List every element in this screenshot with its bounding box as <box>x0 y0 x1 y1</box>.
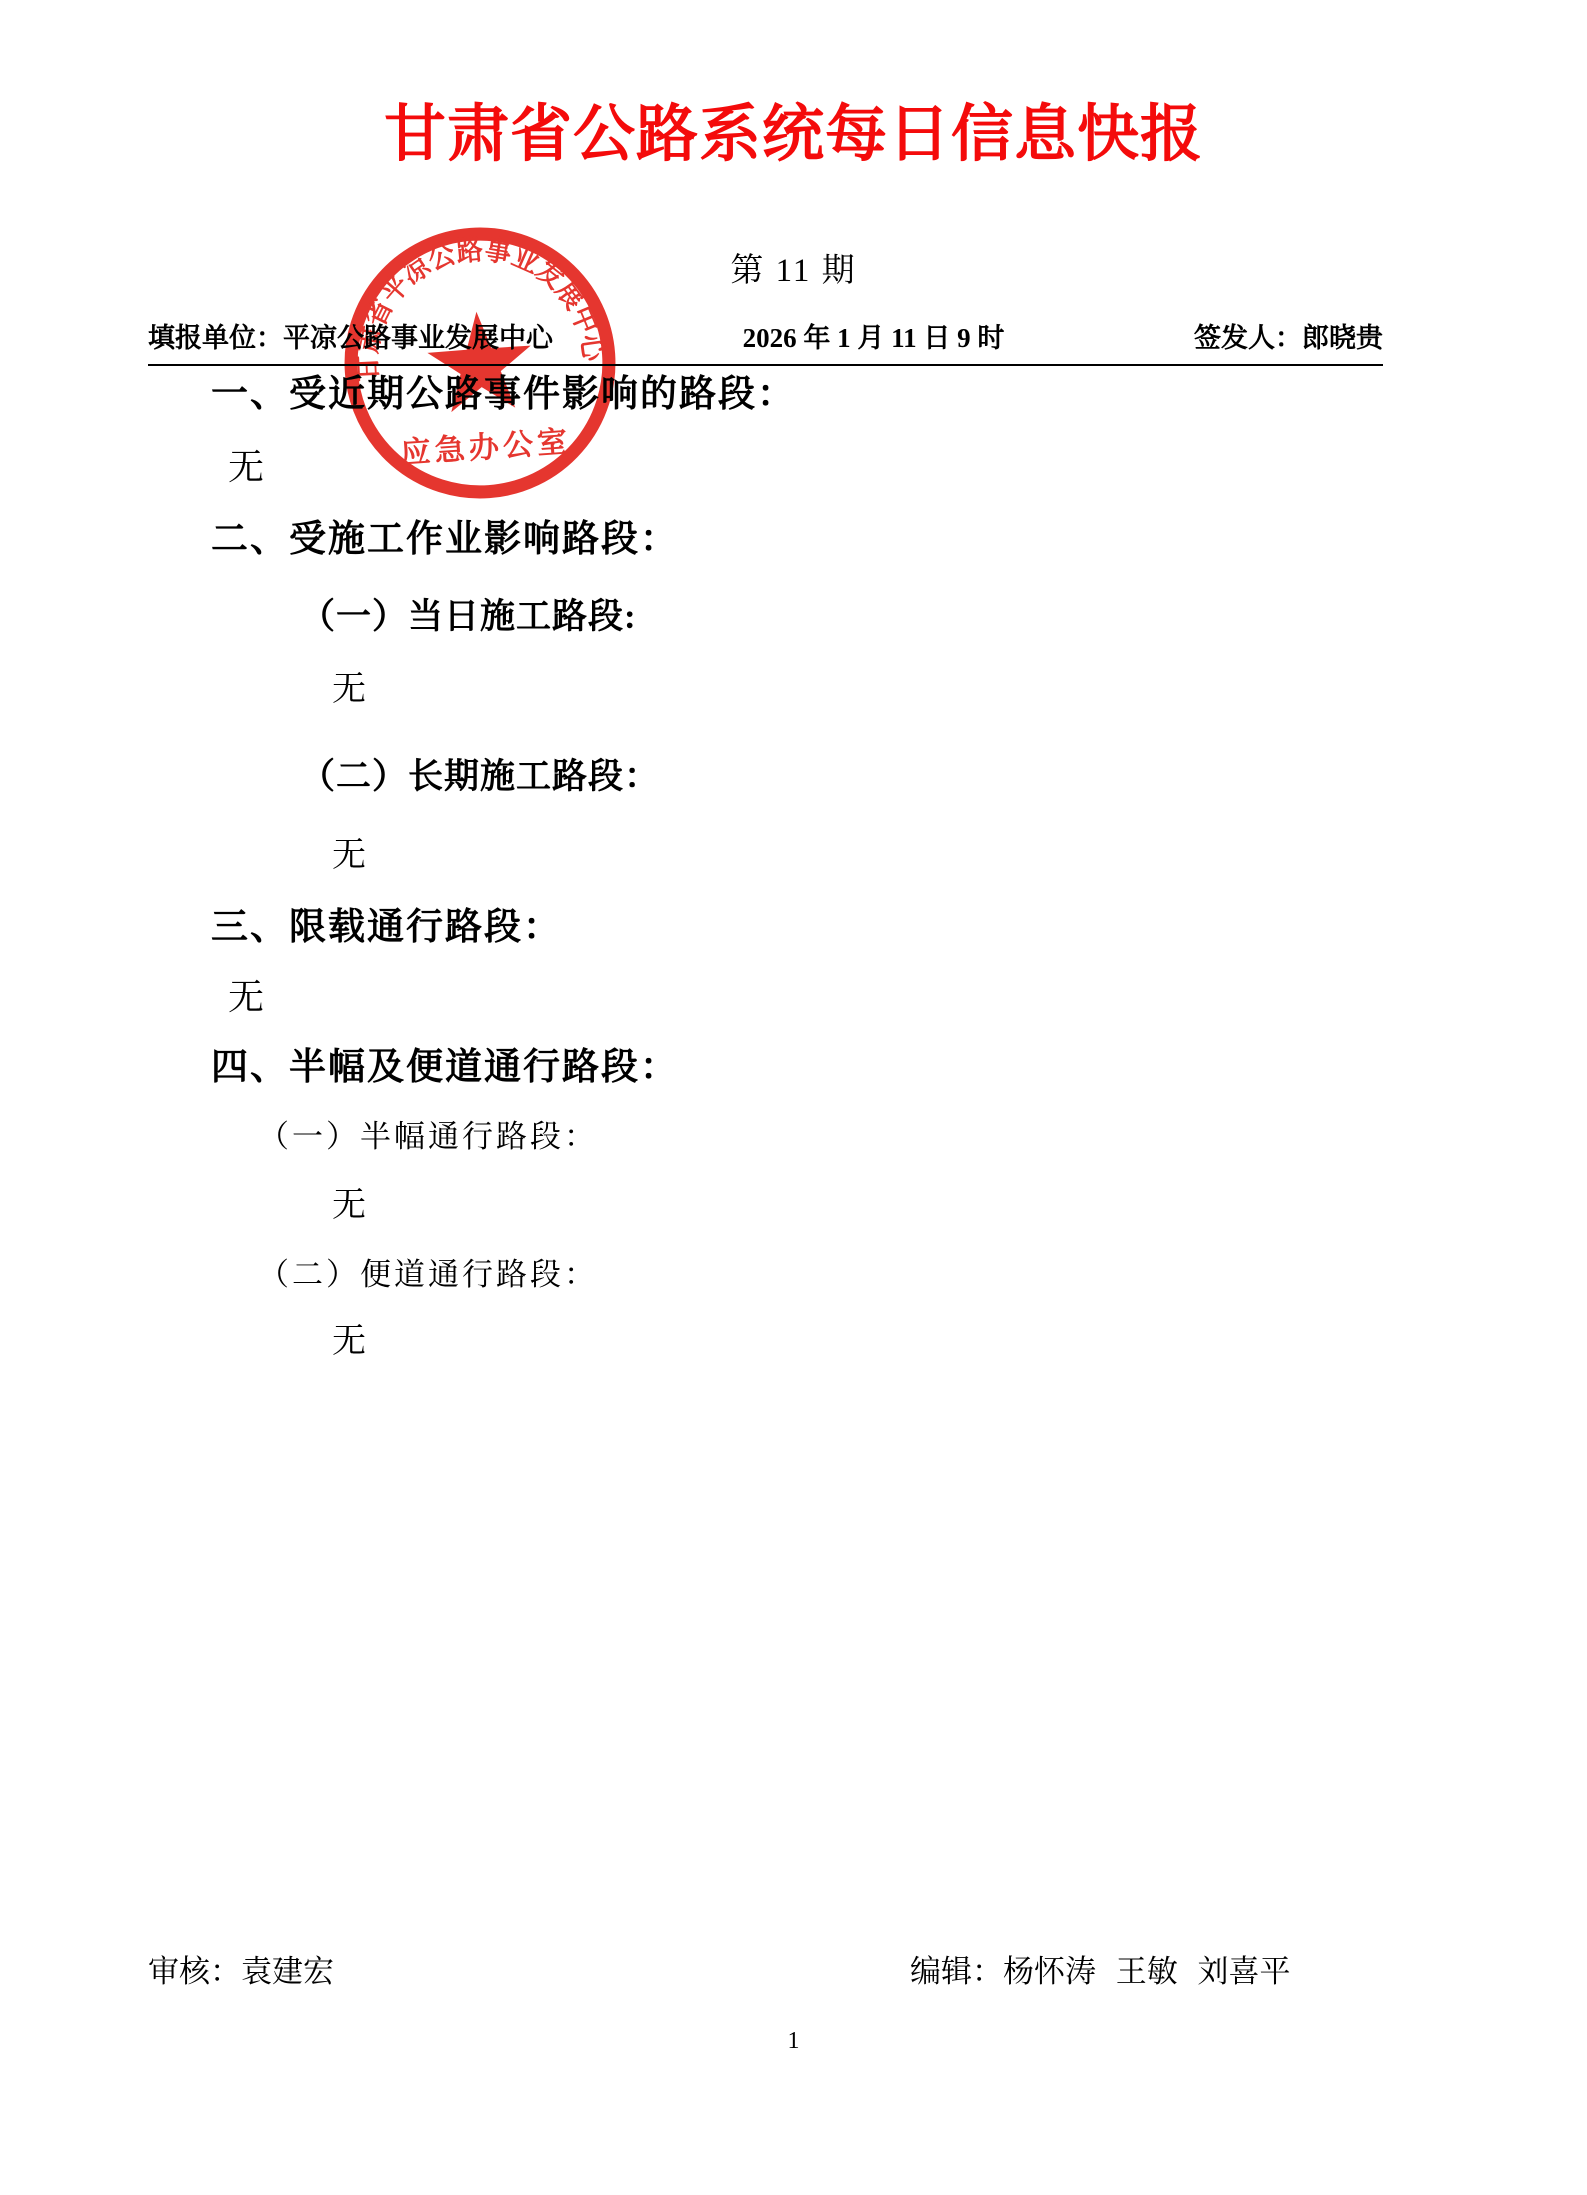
subsection-heading: （二）便道通行路段： <box>258 1256 598 1293</box>
reporting-unit: 填报单位：平凉公路事业发展中心 <box>148 316 553 355</box>
stamp-office-text: 应急办公室 <box>399 425 572 471</box>
issuer: 签发人：郎晓贵 <box>1194 316 1383 355</box>
section-heading-1: 一、受近期公路事件影响的路段： <box>211 373 796 417</box>
section-heading-3: 三、限载通行路段： <box>211 906 562 950</box>
none-value: 无 <box>228 976 264 1019</box>
report-datetime: 2026 年 1 月 11 日 9 时 <box>743 316 1005 355</box>
none-value: 无 <box>228 446 264 489</box>
reporting-unit-label: 填报单位： <box>148 323 283 353</box>
issuer-label: 签发人： <box>1194 323 1302 353</box>
issuer-value: 郎晓贵 <box>1302 323 1383 353</box>
issue-number: 第 11 期 <box>0 244 1587 291</box>
editors-label: 编辑： <box>910 1954 1003 1989</box>
editors-line: 编辑：杨怀涛 王敏 刘喜平 <box>910 1946 1291 1991</box>
reviewer-line: 审核：袁建宏 <box>148 1946 334 1991</box>
reviewer-name: 袁建宏 <box>241 1954 334 1989</box>
none-value: 无 <box>332 1186 366 1227</box>
section-heading-2: 二、受施工作业影响路段： <box>211 518 679 562</box>
none-value: 无 <box>332 670 366 711</box>
section-heading-4: 四、半幅及便道通行路段： <box>211 1046 679 1090</box>
reviewer-label: 审核： <box>148 1954 241 1989</box>
subsection-heading: （一）当日施工路段: <box>300 596 637 638</box>
none-value: 无 <box>332 836 366 877</box>
page-title: 甘肃省公路系统每日信息快报 <box>0 84 1587 173</box>
subsection-heading: （一）半幅通行路段： <box>258 1118 598 1155</box>
subsection-heading: （二）长期施工路段： <box>300 756 660 798</box>
info-row: 填报单位：平凉公路事业发展中心 2026 年 1 月 11 日 9 时 签发人：… <box>148 316 1383 366</box>
page-number: 1 <box>0 2028 1587 2055</box>
editors-names: 杨怀涛 王敏 刘喜平 <box>1003 1954 1291 1989</box>
none-value: 无 <box>332 1322 366 1363</box>
document-page: 甘肃省公路系统每日信息快报 第 11 期 填报单位：平凉公路事业发展中心 202… <box>0 0 1587 2195</box>
reporting-unit-value: 平凉公路事业发展中心 <box>283 323 553 353</box>
